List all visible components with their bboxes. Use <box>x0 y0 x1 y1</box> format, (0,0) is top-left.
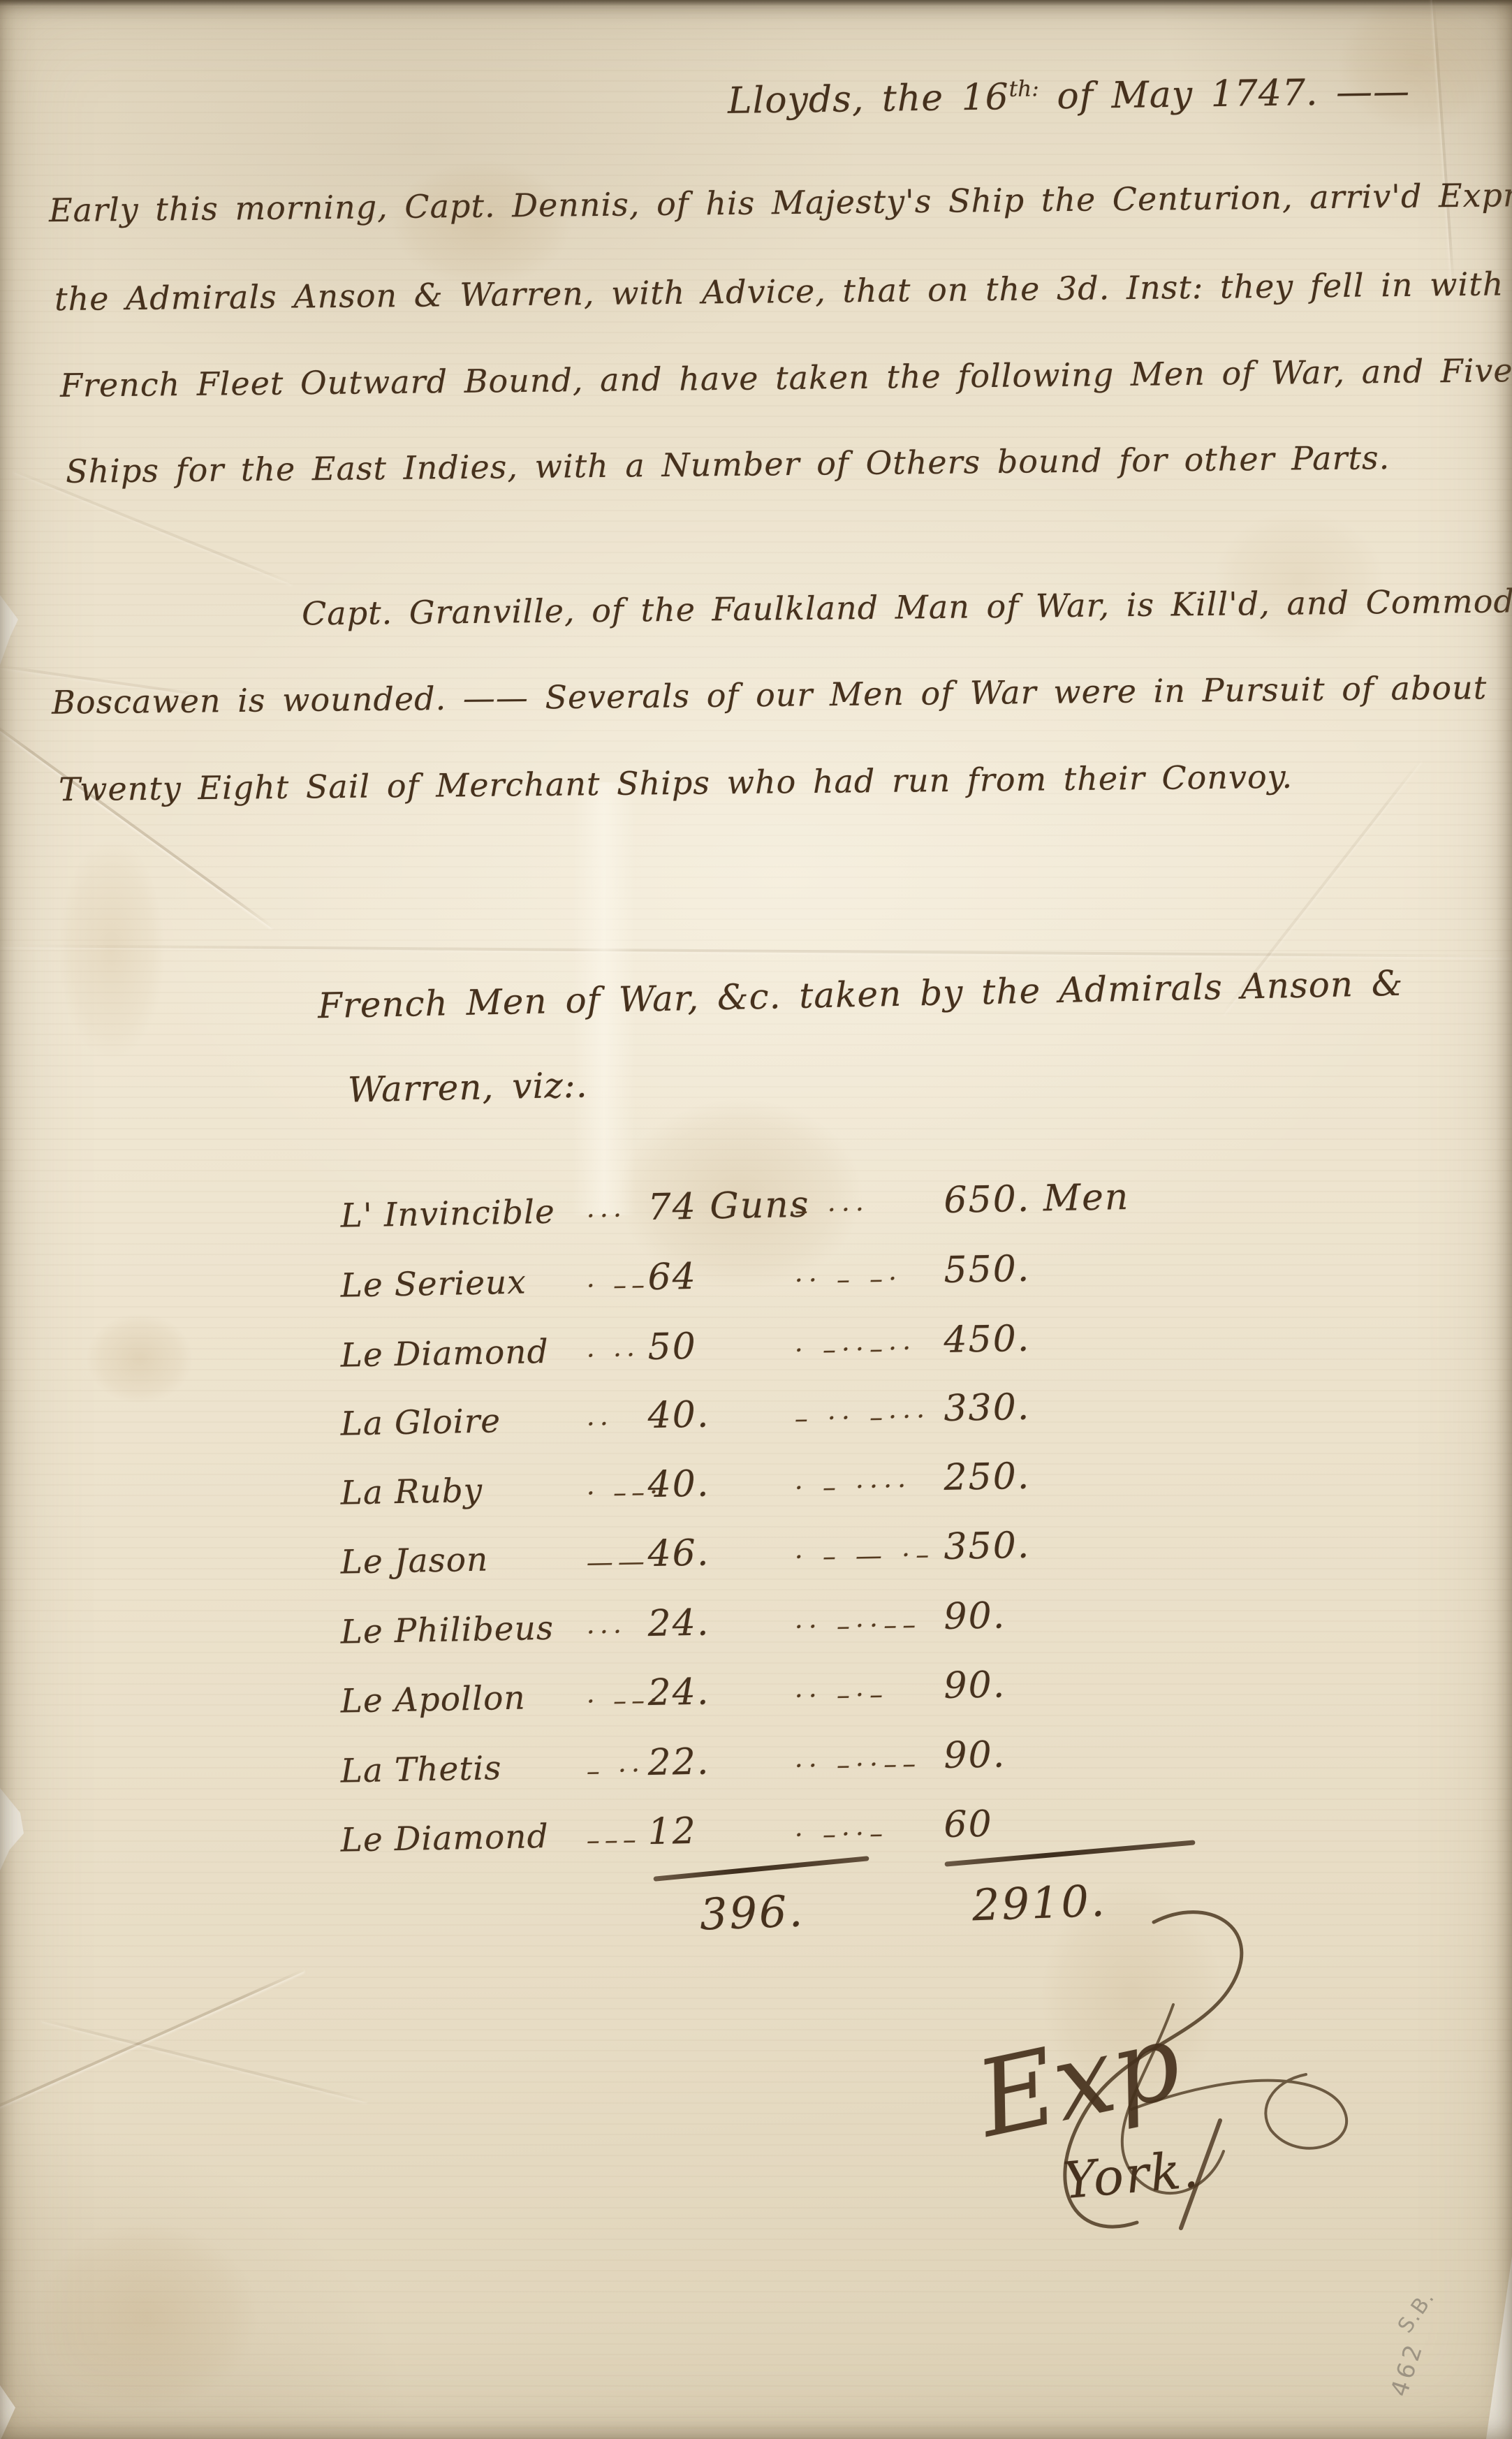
ship-guns: 64 <box>647 1256 697 1298</box>
ship-men: 60 <box>944 1803 993 1846</box>
ship-men: 90. <box>944 1734 1006 1777</box>
ship-men: 550. <box>944 1248 1031 1291</box>
stain <box>70 1299 210 1418</box>
ship-men: 90. <box>944 1595 1006 1638</box>
ship-men: 350. <box>944 1525 1031 1568</box>
ship-guns: 74 Guns <box>647 1184 810 1229</box>
ink-dots: – ·· <box>586 1755 645 1787</box>
list-title-continued: Warren, viz:. <box>347 1064 588 1110</box>
ship-name: Le Philibeus <box>340 1609 554 1652</box>
ship-name: La Thetis <box>340 1749 502 1790</box>
ship-guns: 24. <box>647 1602 710 1645</box>
ship-men: 330. <box>944 1386 1031 1430</box>
ship-men: 650. Men <box>944 1176 1130 1222</box>
ink-dots: ··· <box>586 1616 626 1648</box>
ink-dots: · ·· <box>586 1339 640 1370</box>
signature-monogram: Exp <box>967 2000 1191 2162</box>
ink-dots: ·· –··–– <box>794 1748 921 1781</box>
ship-men: 250. <box>944 1456 1031 1499</box>
ink-dots: ··· <box>586 1200 626 1231</box>
letter-line: Boscawen is wounded. —— Severals of our … <box>52 668 1488 722</box>
manuscript-page: Lloyds, the 16th: of May 1747. —— Early … <box>0 0 1512 2439</box>
ink-dots: ·· –·– <box>794 1679 888 1712</box>
letter-line: the Admirals Anson & Warren, with Advice… <box>54 265 1512 318</box>
ink-dots: ––– <box>586 1824 641 1855</box>
crease <box>0 944 1512 958</box>
paper-tear <box>0 595 18 665</box>
scan-background <box>1486 2256 1512 2439</box>
pencil-note: 462 <box>1386 2338 1430 2400</box>
dateline-rest: of May 1747. —— <box>1038 71 1410 117</box>
ship-men: 450. <box>944 1318 1031 1361</box>
list-title: French Men of War, &c. taken by the Admi… <box>318 963 1404 1027</box>
ship-name: L' Invincible <box>340 1193 555 1236</box>
ship-guns: 46. <box>647 1532 710 1575</box>
ship-guns: 40. <box>647 1393 710 1437</box>
paper-tear <box>0 1788 24 1870</box>
total-guns: 396. <box>699 1885 806 1940</box>
ship-guns: 40. <box>647 1463 710 1506</box>
ink-dots: · –··– <box>794 1818 888 1851</box>
ship-name: Le Serieux <box>340 1264 527 1305</box>
crease <box>1432 0 1455 287</box>
letter-line: Capt. Granville, of the Faulkland Man of… <box>302 581 1512 632</box>
total-men: 2910. <box>971 1875 1108 1931</box>
letter-line: Twenty Eight Sail of Merchant Ships who … <box>59 758 1293 809</box>
crease <box>0 1969 304 2119</box>
ink-dots: ·· – –· <box>794 1263 902 1296</box>
dateline-text: Lloyds, the 16 <box>728 76 1010 122</box>
ship-men: 90. <box>944 1664 1006 1707</box>
ship-guns: 24. <box>647 1671 710 1714</box>
ink-dots: ·· <box>586 1408 613 1440</box>
scan-edge-shadow <box>0 0 1512 6</box>
dateline-ordinal: th: <box>1008 76 1039 102</box>
ink-dots: —— <box>586 1546 649 1578</box>
ink-dots: – ·· –··· <box>794 1400 930 1434</box>
paper-tear <box>0 2385 15 2439</box>
ink-dots: – ··· <box>794 1194 869 1226</box>
letter-line: French Fleet Outward Bound, and have tak… <box>60 351 1512 404</box>
ink-dots: ·· –··–– <box>794 1609 921 1642</box>
stain <box>0 2193 293 2439</box>
stain <box>1187 489 1411 671</box>
crease <box>42 2019 368 2102</box>
ship-name: La Ruby <box>340 1472 483 1513</box>
ship-guns: 12 <box>647 1810 697 1853</box>
letter-line: Early this morning, Capt. Dennis, of his… <box>49 175 1512 229</box>
ship-name: La Gloire <box>340 1402 501 1443</box>
ink-dots: · –– <box>586 1269 649 1301</box>
ship-name: Le Diamond <box>340 1333 549 1375</box>
ship-guns: 22. <box>647 1741 710 1784</box>
stain <box>42 803 182 1097</box>
pencil-note: S.B. <box>1393 2285 1440 2338</box>
ink-dots: · – ···· <box>794 1470 911 1503</box>
ship-name: Le Apollon <box>340 1679 526 1721</box>
letter-line: Ships for the East Indies, with a Number… <box>66 439 1390 490</box>
ink-dots: · –··–·· <box>794 1333 916 1365</box>
dateline: Lloyds, the 16th: of May 1747. —— <box>728 71 1411 122</box>
ship-guns: 50 <box>647 1326 697 1368</box>
signature-name: York. <box>1061 2140 1202 2211</box>
ship-name: Le Diamond <box>340 1817 549 1860</box>
ink-dots: · – — ·– <box>794 1539 934 1572</box>
crease <box>0 712 274 928</box>
ship-name: Le Jason <box>340 1541 489 1582</box>
